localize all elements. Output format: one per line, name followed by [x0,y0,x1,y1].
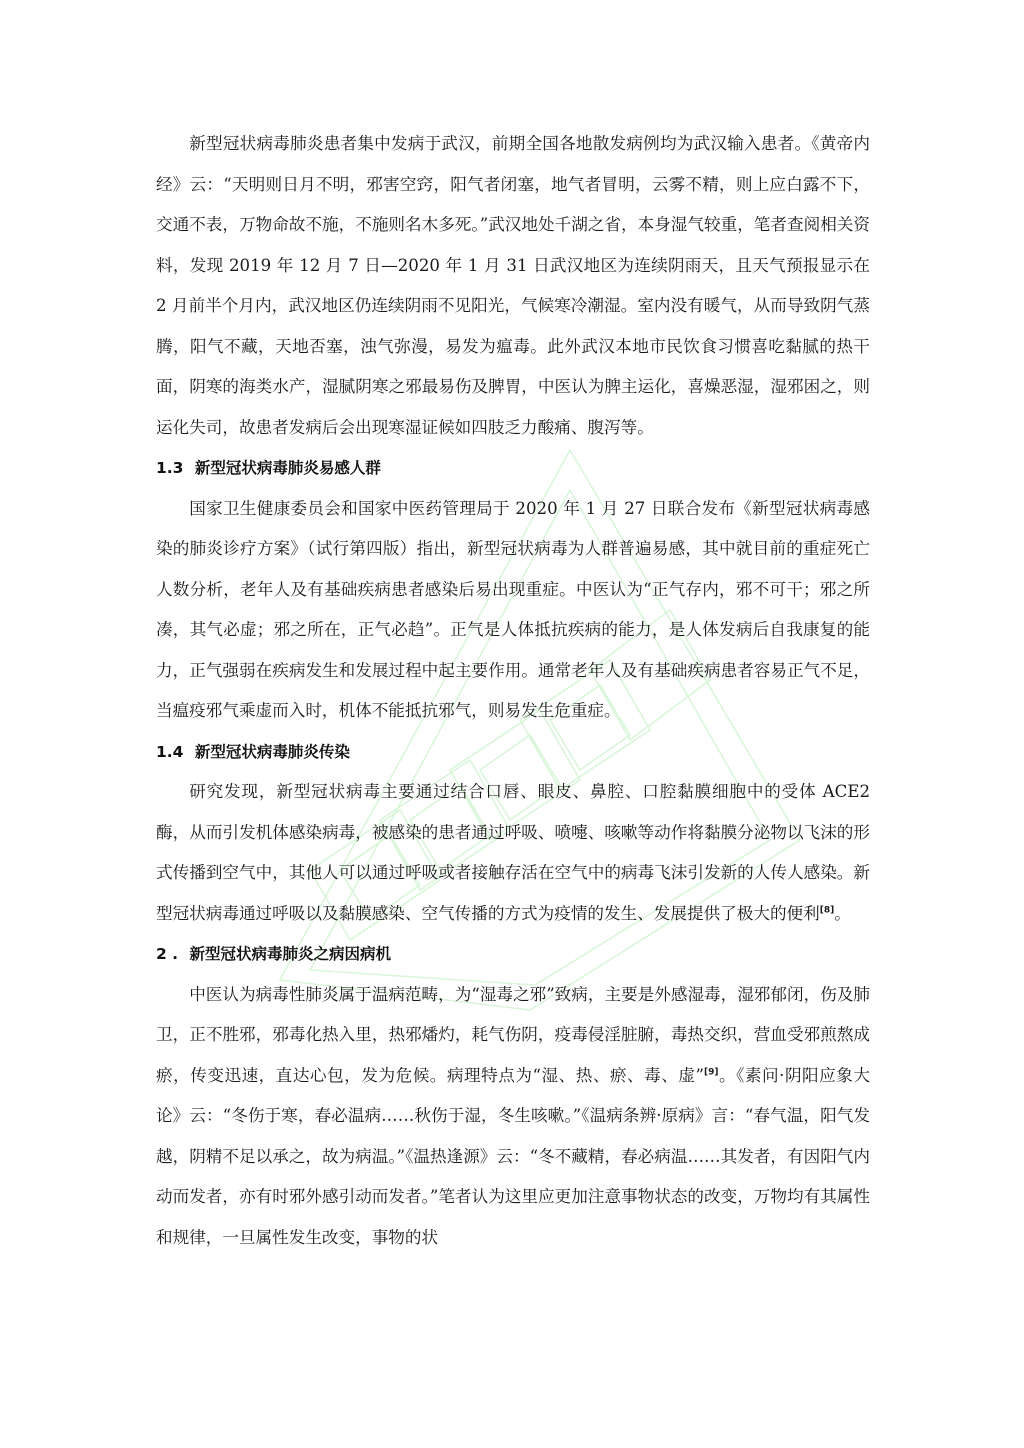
section-title: 新型冠状病毒肺炎传染 [195,743,350,761]
paragraph-susceptible-population: 国家卫生健康委员会和国家中医药管理局于 2020 年 1 月 27 日联合发布《… [156,489,870,732]
paragraph-text: 研究发现，新型冠状病毒主要通过结合口唇、眼皮、鼻腔、口腔黏膜细胞中的受体 ACE… [156,782,870,923]
section-heading-1-3: 1.3 新型冠状病毒肺炎易感人群 [156,448,870,489]
citation-ref-8[interactable]: [8] [820,905,835,915]
section-title: 新型冠状病毒肺炎之病因病机 [189,945,391,963]
paragraph-etiology: 中医认为病毒性肺炎属于温病范畴，为“湿毒之邪”致病，主要是外感湿毒，湿邪郁闭，伤… [156,975,870,1259]
section-number: 1.4 [156,743,183,761]
section-heading-1-4: 1.4 新型冠状病毒肺炎传染 [156,732,870,773]
paragraph-tail: 。 [834,904,851,923]
section-title: 新型冠状病毒肺炎易感人群 [195,459,381,477]
paragraph-transmission: 研究发现，新型冠状病毒主要通过结合口唇、眼皮、鼻腔、口腔黏膜细胞中的受体 ACE… [156,772,870,934]
section-number: 1.3 [156,459,183,477]
document-page: 新型冠状病毒肺炎患者集中发病于武汉，前期全国各地散发病例均为武汉输入患者。《黄帝… [0,0,1024,1448]
article-body: 新型冠状病毒肺炎患者集中发病于武汉，前期全国各地散发病例均为武汉输入患者。《黄帝… [156,124,870,1258]
citation-ref-9[interactable]: [9] [704,1067,719,1077]
paragraph-text: 国家卫生健康委员会和国家中医药管理局于 2020 年 1 月 27 日联合发布《… [156,499,870,721]
paragraph-wuhan-climate: 新型冠状病毒肺炎患者集中发病于武汉，前期全国各地散发病例均为武汉输入患者。《黄帝… [156,124,870,448]
section-number: 2 . [156,945,178,963]
section-heading-2: 2 . 新型冠状病毒肺炎之病因病机 [156,934,870,975]
paragraph-text: 新型冠状病毒肺炎患者集中发病于武汉，前期全国各地散发病例均为武汉输入患者。《黄帝… [156,134,870,437]
paragraph-tail: 。《素问·阴阳应象大论》云：“冬伤于寒，春必温病……秋伤于湿，冬生咳嗽。”《温病… [156,1066,870,1247]
